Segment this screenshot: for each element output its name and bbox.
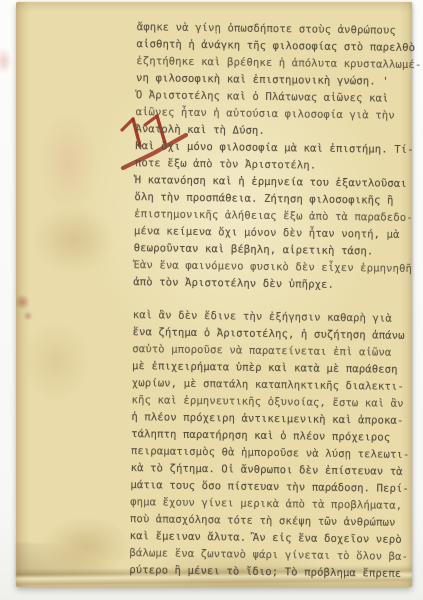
typewritten-text: ἄφηκε νὰ γίνῃ ὁπωσδήποτε στοὺς ἀνθρώπους…	[129, 19, 413, 583]
paragraph-1: ἄφηκε νὰ γίνῃ ὁπωσδήποτε στοὺς ἀνθρώπους…	[133, 19, 413, 295]
margin-ink-smudge	[0, 48, 12, 74]
manuscript-page: ἄφηκε νὰ γίνῃ ὁπωσδήποτε στοὺς ἀνθρώπους…	[16, 2, 412, 587]
paragraph-2: καὶ ἂν δὲν ἔδινε τὴν ἐξήγησιν καθαρὴ γιὰ…	[129, 307, 409, 583]
